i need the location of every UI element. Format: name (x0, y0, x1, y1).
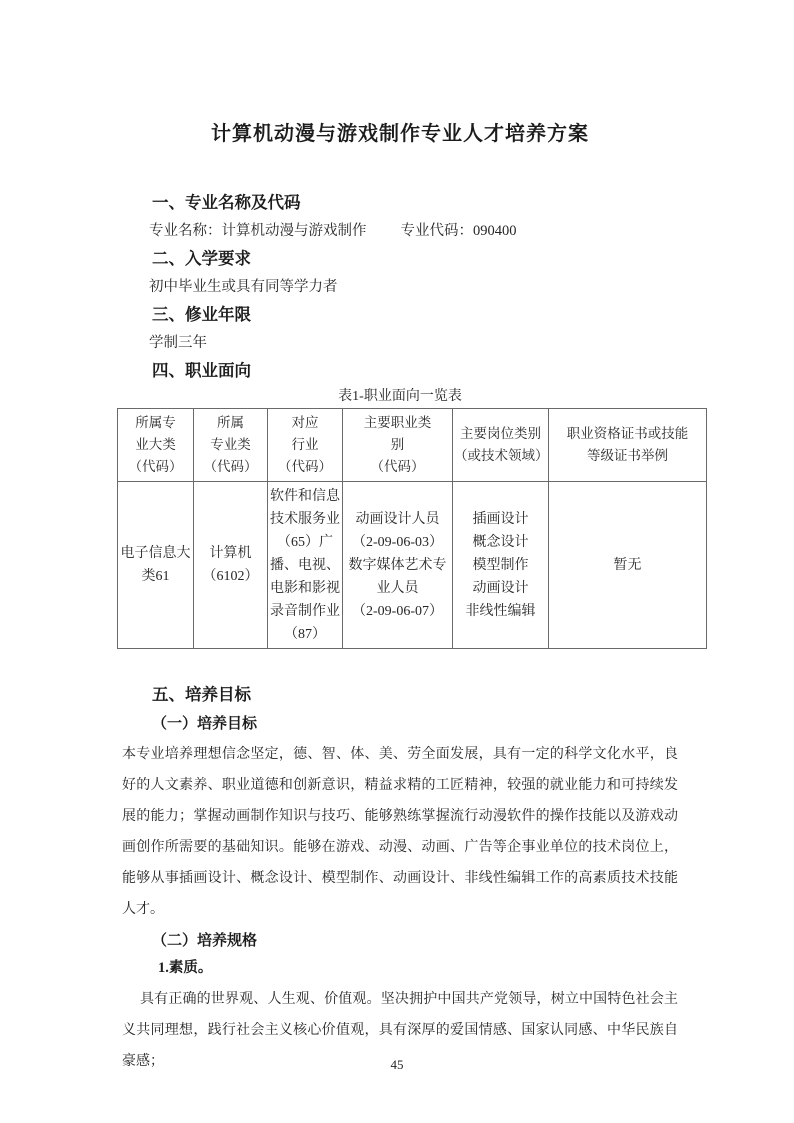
table-row: 电子信息大类61 计算机 （6102） 软件和信息技术服务业（65）广播、电视、… (118, 482, 707, 649)
page-number: 45 (0, 1057, 794, 1073)
cell-major-category: 电子信息大类61 (118, 482, 194, 649)
major-code-text: 专业代码：090400 (401, 223, 517, 239)
section-heading-4: 四、职业面向 (122, 359, 678, 384)
header-major-category: 所属专 业大类 （代码） (118, 409, 194, 482)
table-header-row: 所属专 业大类 （代码） 所属 专业类 （代码） 对应 行业 （代码） 主要职业… (118, 409, 707, 482)
subsection-heading-spec: （二）培养规格 (122, 928, 678, 953)
cell-certificate-examples: 暂无 (549, 482, 707, 649)
table-caption: 表1-职业面向一览表 (122, 387, 678, 406)
career-orientation-table: 所属专 业大类 （代码） 所属 专业类 （代码） 对应 行业 （代码） 主要职业… (117, 408, 707, 649)
major-name-text: 专业名称：计算机动漫与游戏制作 (149, 223, 367, 239)
cell-industry: 软件和信息技术服务业（65）广播、电视、电影和影视录音制作业（87） (268, 482, 343, 649)
section-heading-5: 五、培养目标 (122, 683, 678, 708)
cell-major-class: 计算机 （6102） (194, 482, 268, 649)
item-heading-quality: 1.素质。 (122, 956, 678, 981)
major-name-code-line: 专业名称：计算机动漫与游戏制作专业代码：090400 (122, 219, 678, 244)
header-industry: 对应 行业 （代码） (268, 409, 343, 482)
cell-post-category: 插画设计 概念设计 模型制作 动画设计 非线性编辑 (453, 482, 549, 649)
section-heading-3: 三、修业年限 (122, 303, 678, 328)
subsection-heading-goal: （一）培养目标 (122, 711, 678, 736)
document-page: 计算机动漫与游戏制作专业人才培养方案 一、专业名称及代码 专业名称：计算机动漫与… (0, 0, 794, 1123)
header-post-category: 主要岗位类别 （或技术领域） (453, 409, 549, 482)
training-goal-paragraph: 本专业培养理想信念坚定，德、智、体、美、劳全面发展，具有一定的科学文化水平，良好… (122, 739, 678, 925)
header-occupation-category: 主要职业类 别 （代码） (343, 409, 453, 482)
section-heading-1: 一、专业名称及代码 (122, 191, 678, 216)
header-certificate-examples: 职业资格证书或技能 等级证书举例 (549, 409, 707, 482)
section-heading-2: 二、入学要求 (122, 247, 678, 272)
study-duration-text: 学制三年 (122, 331, 678, 356)
entry-requirement-text: 初中毕业生或具有同等学力者 (122, 275, 678, 300)
cell-occupation-category: 动画设计人员 （2-09-06-03） 数字媒体艺术专 业人员 （2-09-06… (343, 482, 453, 649)
page-title: 计算机动漫与游戏制作专业人才培养方案 (122, 121, 678, 147)
header-major-class: 所属 专业类 （代码） (194, 409, 268, 482)
